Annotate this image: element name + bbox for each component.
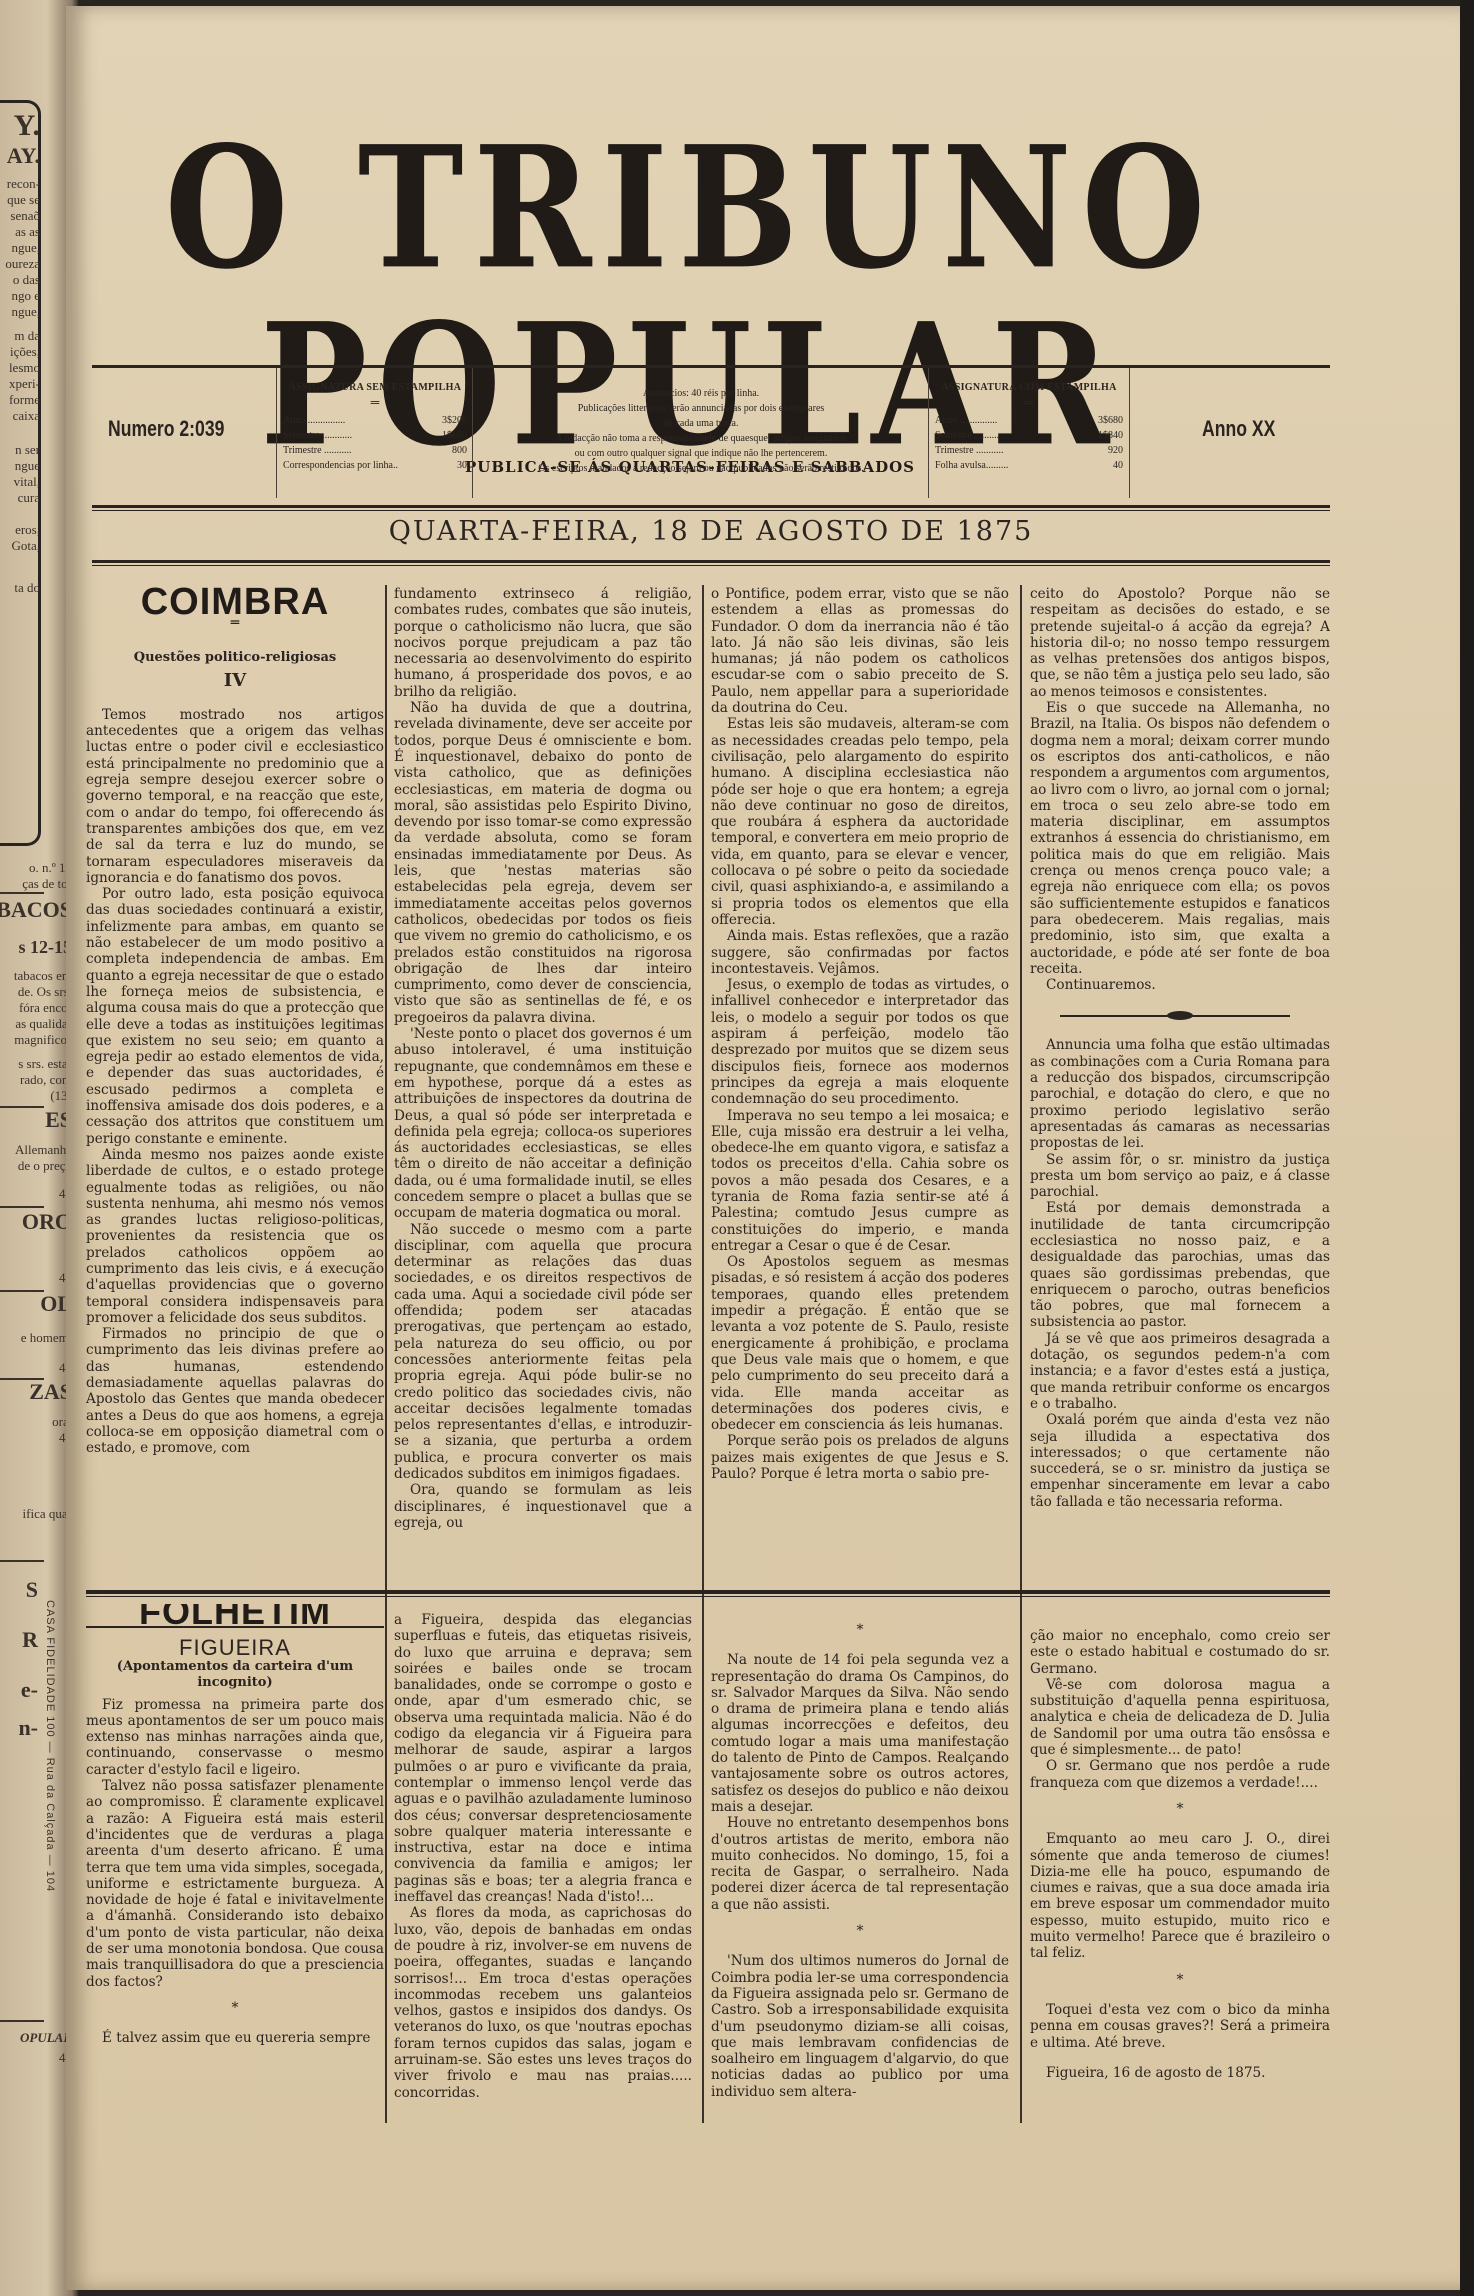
star-separator-icon: * [711,1622,1009,1638]
section-heading-folhetim: FOLHETIM [86,1604,384,1620]
paragraph: Ainda mais. Estas reflexões, que a razão… [711,928,1009,977]
issue-number: Numero 2:039 [108,416,224,442]
strip-text: recon- [7,176,40,191]
strip-text: ngue, [11,304,40,319]
paragraph: Jesus, o exemplo de todas as virtudes, o… [711,977,1009,1107]
strip-text: de o preço [18,1158,72,1173]
paragraph: Fiz promessa na primeira parte dos meus … [86,1697,384,1778]
column-rule [702,585,704,2123]
folhetim-subtitle: (Apontamentos da carteira d'um incognito… [86,1659,384,1691]
strip-heading: ORO [22,1214,72,1229]
paragraph: Eis o que succede na Allemanha, no Brazi… [1030,700,1330,977]
paragraph: 'Neste ponto o placet dos governos é um … [394,1026,692,1222]
strip-text: ças de to- [22,876,72,891]
paragraph: As flores da moda, as caprichosas do lux… [394,1905,692,2101]
paragraph: a Figueira, despida das elegancias super… [394,1612,692,1905]
strip-text: s srs. esta- [18,1056,72,1071]
folhetim-title: FIGUEIRA [86,1640,384,1656]
star-separator-icon: * [1030,1801,1330,1817]
ad-terms-line: Publicações litterarias serão annunciada… [473,401,929,416]
strip-text: xperi- [9,376,40,391]
folhetim-rule [86,1590,1330,1597]
paragraph: Oxalá porém que ainda d'esta vez não sej… [1030,1412,1330,1510]
paragraph: O sr. Germano que nos perdôe a rude fran… [1030,1758,1330,1791]
price-row: Trimestre ...........920 [929,443,1129,458]
ad-terms-line: Os escriptos mandados á redacção sejam o… [473,461,929,476]
paragraph: Os Apostolos seguem as mesmas pisadas, e… [711,1254,1009,1433]
paragraph: fundamento extrinseco á religião, combat… [394,586,692,700]
strip-text: n ser [15,442,40,457]
strip-text: ngo e [11,288,40,303]
coimbra-article-col2: fundamento extrinseco á religião, combat… [394,586,692,1566]
strip-text: ngue, [11,240,40,255]
strip-heading: e- [21,1682,38,1697]
ad-terms-line: de cada uma troca. [473,416,929,431]
paragraph: Ora, quando se formulam as leis discipli… [394,1482,692,1531]
strip-text: oureza [5,256,40,271]
strip-text: Y. [14,110,40,142]
star-separator-icon: * [86,2000,384,2016]
strip-text: e homem. [21,1330,72,1345]
paragraph: Emquanto ao meu caro J. O., direi sóment… [1030,1831,1330,1961]
strip-text: tabacos em [14,968,72,983]
price-row: Correspondencias por linha..30 [277,458,473,473]
signature-line: Figueira, 16 de agosto de 1875. [1030,2065,1330,2081]
ornament-icon: ═ [86,616,384,630]
strip-text: vital, [14,474,40,489]
strip-text: Gota, [11,538,40,553]
price-row: Semestre ............1$600 [277,428,473,443]
ad-terms-line: ou com outro qualquer signal que indique… [473,446,929,461]
folhetim-col4: ção maior no encephalo, como creio ser e… [1030,1628,1330,2128]
paragraph: Por outro lado, esta posição equivoca da… [86,886,384,1147]
paragraph: Annuncia uma folha que estão ultimadas a… [1030,1037,1330,1151]
price-row: Anno ...............3$200 [277,413,473,428]
column-rule [1020,585,1022,2123]
dateline: QUARTA-FEIRA, 18 DE AGOSTO DE 1875 [92,516,1330,547]
ad-terms-line: A redacção não toma a responsabilidade d… [473,431,929,446]
coimbra-article-col1: COIMBRA ═ Questões politico-religiosas I… [86,586,384,1457]
coimbra-article-col3: o Pontifice, podem errar, visto que se n… [711,586,1009,1566]
paragraph: Porque serão pois os prelados de alguns … [711,1433,1009,1482]
strip-text: ta do [14,580,40,595]
strip-heading: s 12-15 [19,940,73,955]
strip-text: o das [13,272,40,287]
paragraph: Firmados no principio de que o cumprimen… [86,1326,384,1456]
header-rule [92,505,1330,511]
price-row: Trimestre ...........800 [277,443,473,458]
paragraph: Estas leis são mudaveis, alteram-se com … [711,716,1009,928]
strip-text: fóra enco- [19,1000,72,1015]
paragraph: Vê-se com dolorosa magua a substituição … [1030,1677,1330,1758]
paragraph: Toquei d'esta vez com o bico da minha pe… [1030,2002,1330,2051]
column-rule [385,585,387,2123]
paragraph: Não ha duvida de que a doutrina, revelad… [394,700,692,1026]
strip-text: OPULAR [20,2030,72,2045]
price-row: Semestre ............1$840 [929,428,1129,443]
strip-text: eros, [15,522,40,537]
paragraph: Não succede o mesmo com a parte discipli… [394,1222,692,1483]
strip-heading: R [22,1632,38,1647]
strip-text: as qualida- [15,1016,72,1031]
advertising-terms: Annuncios: 40 réis por linha. Publicaçõe… [472,368,929,498]
section-heading-coimbra: COIMBRA [86,594,384,610]
paragraph: Imperava no seu tempo a lei mosaica; e E… [711,1108,1009,1255]
strip-text: ngue [15,458,40,473]
folhetim-col3: * Na noute de 14 foi pela segunda vez a … [711,1612,1009,2122]
strip-text: forme [9,392,40,407]
strip-text: magnificos [14,1032,72,1047]
paragraph: 'Num dos ultimos numeros do Jornal de Co… [711,1953,1009,2100]
strip-text: ições, [10,344,40,359]
price-row: Anno ...............3$680 [929,413,1129,428]
header-rule [92,560,1330,566]
article-part-number: IV [86,673,384,689]
paragraph: Se assim fôr, o sr. ministro da justiça … [1030,1152,1330,1201]
paragraph: É talvez assim que eu quereria sempre [86,2030,384,2046]
paragraph: Talvez não possa satisfazer plenamente a… [86,1778,384,1990]
strip-text: as as [15,224,40,239]
section-separator [1030,1009,1330,1023]
paragraph: Está por demais demonstrada a inutilidad… [1030,1200,1330,1330]
subscription-heading: ASSIGNATURA COM ESTAMPILHA [929,382,1129,393]
strip-heading: n- [18,1720,38,1735]
subscription-without-stamp: ASSIGNATURA SEM ESTAMPILHA ═ Anno ......… [276,368,473,498]
subscription-with-stamp: ASSIGNATURA COM ESTAMPILHA ═ Anno ......… [928,368,1130,498]
strip-text: AY. [7,148,40,163]
paragraph: o Pontifice, podem errar, visto que se n… [711,586,1009,716]
coimbra-article-col4: ceito do Apostolo? Porque não se respeit… [1030,586,1330,1586]
strip-heading: BACOS [0,902,72,917]
subscription-heading: ASSIGNATURA SEM ESTAMPILHA [277,382,473,393]
subscription-info-bar: Numero 2:039 ASSIGNATURA SEM ESTAMPILHA … [92,365,1330,506]
strip-heading: S [26,1582,38,1597]
paragraph: Houve no entretanto desempenhos bons d'o… [711,1815,1009,1913]
divider-icon: ═ [929,397,1129,407]
strip-text: caixa [13,408,40,423]
paragraph: Ainda mesmo nos paizes aonde existe libe… [86,1147,384,1326]
paragraph: Temos mostrado nos artigos antecedentes … [86,707,384,886]
volume-year: Anno XX [1202,416,1275,442]
strip-text: que se [7,192,40,207]
paragraph: Na noute de 14 foi pela segunda vez a re… [711,1652,1009,1815]
page-edge [1460,0,1474,2296]
paragraph: ção maior no encephalo, como creio ser e… [1030,1628,1330,1677]
strip-text: ifica qua- [23,1506,72,1521]
strip-text: cura [18,490,40,505]
strip-text: m da [14,328,40,343]
strip-text: rado, com [20,1072,72,1087]
strip-text: lesmo [9,360,40,375]
star-separator-icon: * [1030,1972,1330,1988]
divider-icon: ═ [277,397,473,407]
strip-text: Allemanha [15,1142,72,1157]
folhetim-col2: a Figueira, despida das elegancias super… [394,1612,692,2122]
price-row: Folha avulsa.........40 [929,458,1129,473]
folhetim-col1: FOLHETIM FIGUEIRA (Apontamentos da carte… [86,1604,384,2124]
ad-terms-line: Annuncios: 40 réis por linha. [473,386,929,401]
article-subheading: Questões politico-religiosas [86,650,384,666]
vertical-ad-text: CASA FIDELIDADE 100 — Rua da Calçada — 1… [44,1600,56,1892]
strip-text: senaõ [10,208,40,223]
paragraph: ceito do Apostolo? Porque não se respeit… [1030,586,1330,700]
paragraph: Já se vê que aos primeiros desagrada a d… [1030,1331,1330,1412]
strip-text: de. Os srs. [18,984,72,999]
star-separator-icon: * [711,1923,1009,1939]
article-closing: Continuaremos. [1030,977,1330,993]
